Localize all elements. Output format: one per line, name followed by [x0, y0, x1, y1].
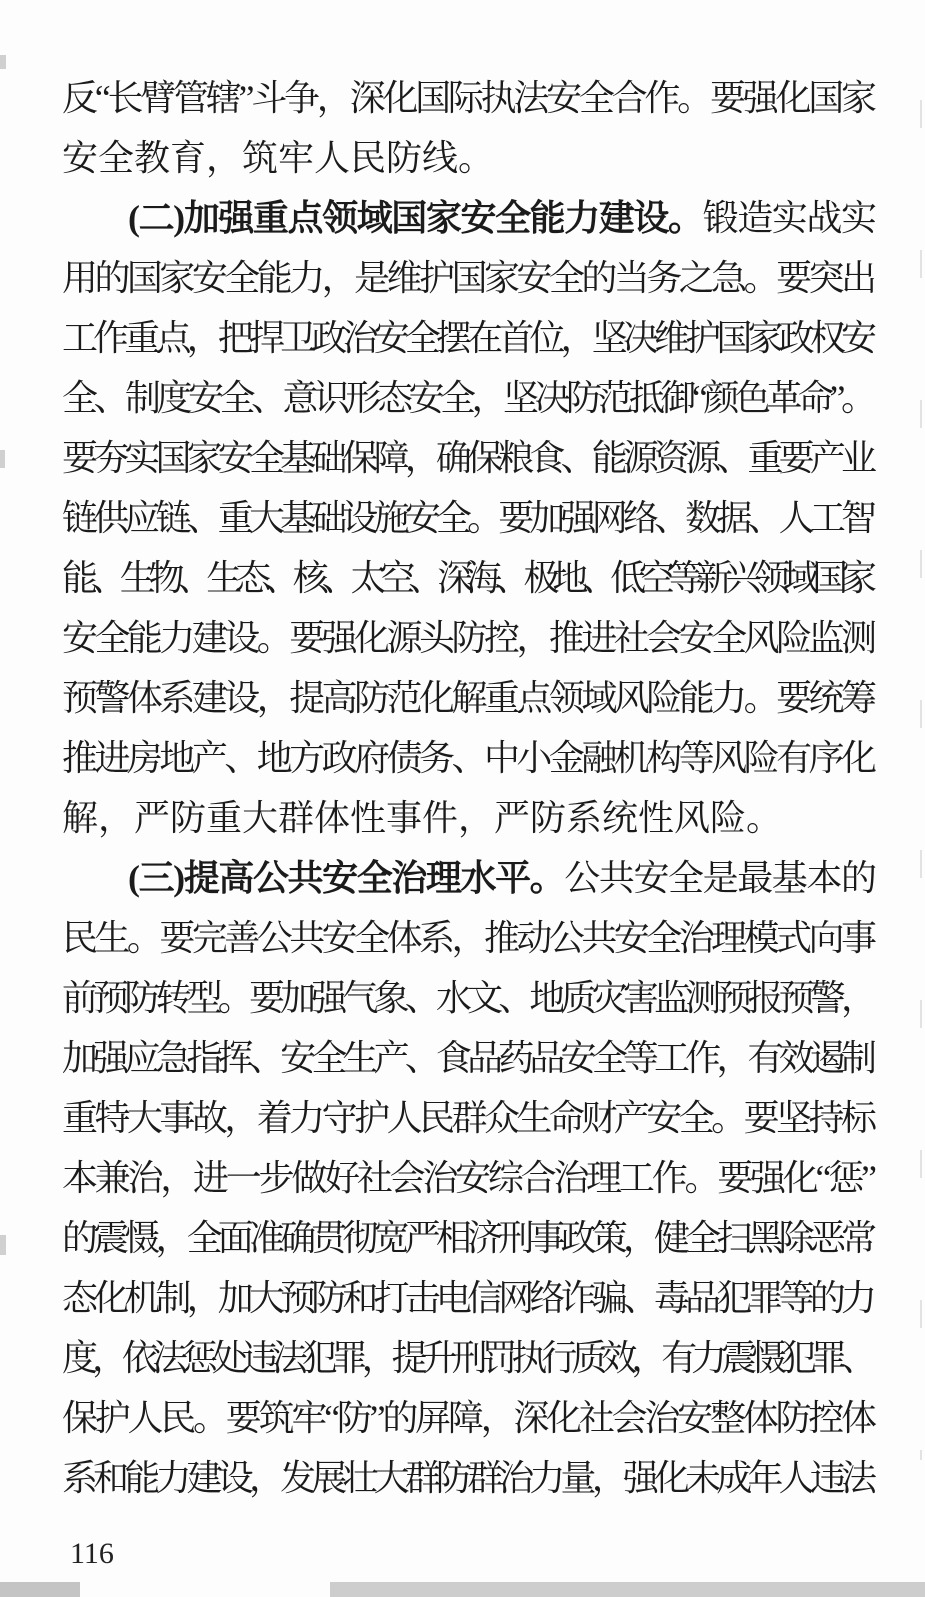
text-run: 用的国家安全能力，是维护国家安全的当务之急。要突出: [62, 258, 873, 298]
text-line: 系和能力建设，发展壮大群防群治力量，强化未成年人违法: [62, 1448, 877, 1508]
text-line-content: 要夯实国家安全基础保障，确保粮食、能源资源、重要产业: [62, 438, 872, 478]
text-line-content: 全、制度安全、意识形态安全，坚决防范抵御“颜色革命”。: [62, 378, 873, 418]
text-run: 工作重点，把捍卫政治安全摆在首位，坚决维护国家政权安: [62, 318, 872, 358]
text-line-content: 的震慑，全面准确贯彻宽严相济刑事政策，健全扫黑除恶常: [62, 1218, 872, 1258]
text-run: 解，严防重大群体性事件，严防系统性风险。: [62, 798, 782, 838]
text-line-paragraph-start: (二)加强重点领域国家安全能力建设。锻造实战实: [62, 188, 877, 248]
text-line: 预警体系建设，提高防范化解重点领域风险能力。要统筹: [62, 668, 877, 728]
text-line: 反“长臂管辖”斗争，深化国际执法安全合作。要强化国家: [62, 68, 877, 128]
text-line: 链供应链、重大基础设施安全。要加强网络、数据、人工智: [62, 488, 877, 548]
text-run: 的震慑，全面准确贯彻宽严相济刑事政策，健全扫黑除恶常: [62, 1218, 872, 1258]
text-run: 民生。要完善公共安全体系，推动公共安全治理模式向事: [62, 918, 873, 958]
text-line-content: 本兼治，进一步做好社会治安综合治理工作。要强化“惩”: [62, 1158, 874, 1198]
text-run: 能、生物、生态、核、太空、深海、极地、低空等新兴领域国家: [62, 558, 870, 598]
text-line-content: 反“长臂管辖”斗争，深化国际执法安全合作。要强化国家: [62, 78, 874, 118]
text-line-content: 前预防转型。要加强气象、水文、地质灾害监测预报预警，: [62, 978, 872, 1018]
text-run: 度，依法惩处违法犯罪，提升刑罚执行质效，有力震慑犯罪、: [62, 1338, 871, 1378]
text-run: 链供应链、重大基础设施安全。要加强网络、数据、人工智: [62, 498, 872, 538]
text-line: 加强应急指挥、安全生产、食品药品安全等工作，有效遏制: [62, 1028, 877, 1088]
text-block: 反“长臂管辖”斗争，深化国际执法安全合作。要强化国家安全教育，筑牢人民防线。(二…: [62, 68, 877, 1508]
text-line-content: 推进房地产、地方政府债务、中小金融机构等风险有序化: [62, 738, 873, 778]
text-line-content: 能、生物、生态、核、太空、深海、极地、低空等新兴领域国家: [62, 558, 870, 598]
scan-right-edge-shadow: [920, 100, 922, 1460]
text-run: 推进房地产、地方政府债务、中小金融机构等风险有序化: [62, 738, 873, 778]
text-line: 解，严防重大群体性事件，严防系统性风险。: [62, 788, 877, 848]
scan-bottom-edge-shadow: [0, 1582, 80, 1597]
text-line: 安全能力建设。要强化源头防控，推进社会安全风险监测: [62, 608, 877, 668]
text-run: 公共安全是最基本的: [564, 858, 875, 898]
text-line-content: 加强应急指挥、安全生产、食品药品安全等工作，有效遏制: [62, 1038, 872, 1078]
text-line: 度，依法惩处违法犯罪，提升刑罚执行质效，有力震慑犯罪、: [62, 1328, 877, 1388]
text-line-content: 度，依法惩处违法犯罪，提升刑罚执行质效，有力震慑犯罪、: [62, 1338, 871, 1378]
text-line: 民生。要完善公共安全体系，推动公共安全治理模式向事: [62, 908, 877, 968]
text-run: 前预防转型。要加强气象、水文、地质灾害监测预报预警，: [62, 978, 872, 1018]
text-line-content: 工作重点，把捍卫政治安全摆在首位，坚决维护国家政权安: [62, 318, 872, 358]
text-line: 态化机制，加大预防和打击电信网络诈骗、毒品犯罪等的力: [62, 1268, 877, 1328]
text-run: 重特大事故，着力守护人民群众生命财产安全。要坚持标: [62, 1098, 873, 1138]
text-line: 能、生物、生态、核、太空、深海、极地、低空等新兴领域国家: [62, 548, 877, 608]
scan-artifact-speck: [0, 1235, 6, 1255]
text-run: 本兼治，进一步做好社会治安综合治理工作。要强化“惩”: [62, 1158, 874, 1198]
text-line-content: 链供应链、重大基础设施安全。要加强网络、数据、人工智: [62, 498, 872, 538]
text-run: 全、制度安全、意识形态安全，坚决防范抵御“颜色革命”。: [62, 378, 873, 418]
text-line: 全、制度安全、意识形态安全，坚决防范抵御“颜色革命”。: [62, 368, 877, 428]
text-run: 系和能力建设，发展壮大群防群治力量，强化未成年人违法: [62, 1458, 872, 1498]
text-line-content: 安全能力建设。要强化源头防控，推进社会安全风险监测: [62, 618, 873, 658]
document-page: 反“长臂管辖”斗争，深化国际执法安全合作。要强化国家安全教育，筑牢人民防线。(二…: [0, 0, 925, 1597]
text-line-paragraph-start: (三)提高公共安全治理水平。公共安全是最基本的: [62, 848, 877, 908]
text-line: 前预防转型。要加强气象、水文、地质灾害监测预报预警，: [62, 968, 877, 1028]
text-line: 工作重点，把捍卫政治安全摆在首位，坚决维护国家政权安: [62, 308, 877, 368]
text-line-content: 安全教育，筑牢人民防线。: [62, 138, 494, 178]
text-line-content: 系和能力建设，发展壮大群防群治力量，强化未成年人违法: [62, 1458, 872, 1498]
text-line: 用的国家安全能力，是维护国家安全的当务之急。要突出: [62, 248, 877, 308]
text-line-content: (二)加强重点领域国家安全能力建设。锻造实战实: [128, 198, 876, 238]
text-line-content: 态化机制，加大预防和打击电信网络诈骗、毒品犯罪等的力: [62, 1278, 872, 1318]
text-line-content: 民生。要完善公共安全体系，推动公共安全治理模式向事: [62, 918, 873, 958]
scan-bottom-edge-shadow: [330, 1582, 925, 1597]
text-run: 保护人民。要筑牢“防”的屏障，深化社会治安整体防控体: [62, 1398, 874, 1438]
text-line-content: 预警体系建设，提高防范化解重点领域风险能力。要统筹: [62, 678, 873, 718]
text-line-content: 用的国家安全能力，是维护国家安全的当务之急。要突出: [62, 258, 873, 298]
text-line-content: 保护人民。要筑牢“防”的屏障，深化社会治安整体防控体: [62, 1398, 874, 1438]
text-run: 安全教育，筑牢人民防线。: [62, 138, 494, 178]
text-line-content: 重特大事故，着力守护人民群众生命财产安全。要坚持标: [62, 1098, 873, 1138]
text-run: 态化机制，加大预防和打击电信网络诈骗、毒品犯罪等的力: [62, 1278, 872, 1318]
section-heading: (二)加强重点领域国家安全能力建设。: [128, 198, 703, 238]
text-line: 安全教育，筑牢人民防线。: [62, 128, 877, 188]
text-line-content: 解，严防重大群体性事件，严防系统性风险。: [62, 798, 782, 838]
text-run: 加强应急指挥、安全生产、食品药品安全等工作，有效遏制: [62, 1038, 872, 1078]
page-number: 116: [70, 1534, 114, 1574]
scan-artifact-speck: [0, 55, 6, 69]
section-heading: (三)提高公共安全治理水平。: [128, 858, 564, 898]
text-run: 锻造实战实: [703, 198, 876, 238]
text-line: 的震慑，全面准确贯彻宽严相济刑事政策，健全扫黑除恶常: [62, 1208, 877, 1268]
text-line: 本兼治，进一步做好社会治安综合治理工作。要强化“惩”: [62, 1148, 877, 1208]
scan-artifact-speck: [0, 450, 5, 468]
text-run: 反“长臂管辖”斗争，深化国际执法安全合作。要强化国家: [62, 78, 874, 118]
text-line: 保护人民。要筑牢“防”的屏障，深化社会治安整体防控体: [62, 1388, 877, 1448]
text-line: 重特大事故，着力守护人民群众生命财产安全。要坚持标: [62, 1088, 877, 1148]
text-run: 要夯实国家安全基础保障，确保粮食、能源资源、重要产业: [62, 438, 872, 478]
text-line: 要夯实国家安全基础保障，确保粮食、能源资源、重要产业: [62, 428, 877, 488]
text-line: 推进房地产、地方政府债务、中小金融机构等风险有序化: [62, 728, 877, 788]
text-run: 安全能力建设。要强化源头防控，推进社会安全风险监测: [62, 618, 873, 658]
text-line-content: (三)提高公共安全治理水平。公共安全是最基本的: [128, 858, 876, 898]
text-run: 预警体系建设，提高防范化解重点领域风险能力。要统筹: [62, 678, 873, 718]
